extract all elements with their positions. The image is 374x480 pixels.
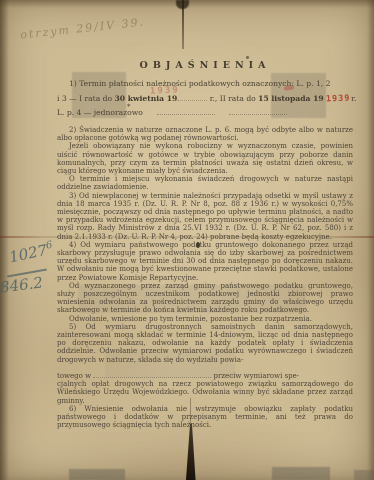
rate-date-2: 15 listopada [258,94,310,103]
blank-fill-space [93,377,211,378]
paragraph-1-line-3: L. p. 4 — jednorazowo [57,108,353,117]
handwritten-note: otrzym 29/IV 39. [20,15,146,41]
paragraph-6: 6) Wniesienie odwołania nie wstrzymuje o… [57,405,353,430]
year-stamp: 1939 [326,95,351,105]
scanned-document-page: otrzym 29/IV 39. 10276 846.2 1939 OBJAŚN… [0,0,374,480]
paragraph-4-cont: Od wyznaczonego przez zarząd gminy państ… [57,282,353,315]
margin-number-sub: 6 [45,240,54,252]
paragraph-3: 3) Od niewpłaconej w terminie należności… [57,192,353,241]
paragraph-2: 2) Świadczenia w naturze oznaczone L. p.… [57,126,353,142]
rate-year-suffix: r. [351,94,356,103]
paper-speck [246,56,249,59]
stamp-showthrough [272,467,330,480]
scan-shadow-left [0,0,9,480]
paragraph-4-closing: Odwołanie, wniesione po tym terminie, po… [57,315,353,323]
fill-in-line: towego w przeciw wymiarowi spe- [57,372,353,380]
paragraph-5: 5) Od wymiaru drugostronnych samoistnych… [57,323,353,364]
rate-date-1: 30 kwietnia [115,94,165,103]
dotted-leader [157,114,215,115]
rate-text: i 3 — I rata do [57,94,115,103]
dotted-leader [229,114,287,115]
fill-in-prefix: towego w [57,372,93,380]
rate-year-prefix-1: 19 [164,94,177,103]
stamp-showthrough [69,469,125,480]
blank-year-space [177,100,207,101]
paper-tear-bottom [185,424,197,480]
document-title: OBJAŚNIENIA [57,60,353,71]
paragraph-2-notice: O terminie i miejscu wykonania świadczeń… [57,175,353,191]
paragraph-5-cont: cjalnych opłat drogowych na rzecz powiat… [57,380,353,405]
rate-text-2: r., II rata do [210,94,258,103]
margin-handwritten-number: 10276 [8,240,55,267]
scan-shadow-right [367,0,374,480]
paragraph-1-line-2: i 3 — I rata do 30 kwietnia 19 r., II ra… [57,94,353,104]
stamp-showthrough [354,470,374,480]
fill-in-suffix: przeciw wymiarowi spe- [211,372,299,380]
paragraph-1-line-1: 1) Termin płatności należności podatkowy… [57,79,353,88]
rate-year-prefix-2: 19 [310,94,323,103]
margin-number-main: 1027 [8,241,49,267]
asterisk-mark: * [127,103,131,112]
paragraph-4: 4) Od wymiaru państwowego podatku grunto… [57,241,353,282]
margin-handwritten-number-2: 846.2 [0,273,44,296]
paragraph-2-cont: Jeżeli obowiązany nie wykona robocizny w… [57,142,353,175]
text-column: OBJAŚNIENIA 1) Termin płatności należnoś… [57,60,353,429]
